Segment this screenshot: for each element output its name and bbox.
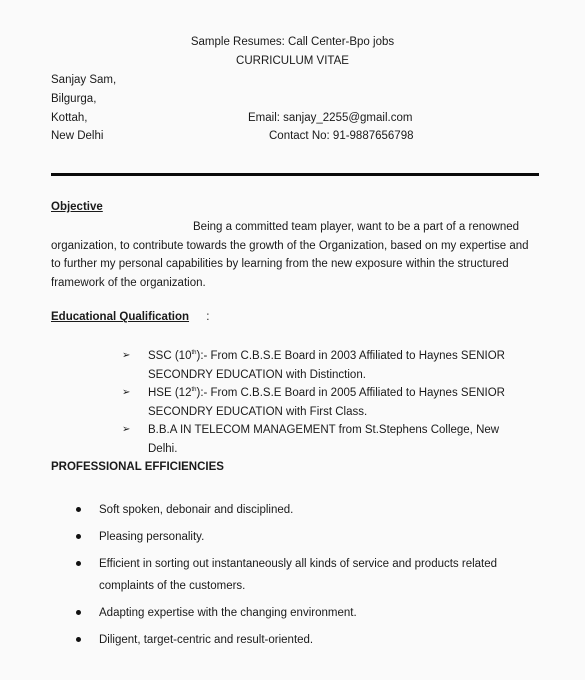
- address-line-2: Kottah,: [51, 112, 87, 124]
- education-item: ➢ HSE (12th):- From C.B.S.E Board in 200…: [122, 384, 522, 421]
- education-item: ➢ B.B.A IN TELECOM MANAGEMENT from St.St…: [122, 421, 522, 458]
- objective-text: Being a committed team player, want to b…: [51, 218, 541, 292]
- objective-text-rest: organization, to contribute towards the …: [51, 240, 529, 289]
- round-bullet-icon: [76, 561, 81, 566]
- header-divider: [51, 173, 539, 176]
- education-heading: Educational Qualification: [51, 311, 189, 323]
- efficiency-item: Soft spoken, debonair and disciplined.: [74, 499, 554, 521]
- contact-phone: Contact No: 91-9887656798: [269, 130, 414, 142]
- round-bullet-icon: [76, 637, 81, 642]
- round-bullet-icon: [76, 507, 81, 512]
- round-bullet-icon: [76, 610, 81, 615]
- document-title: Sample Resumes: Call Center-Bpo jobs: [0, 36, 585, 48]
- objective-text-first: Being a committed team player, want to b…: [193, 221, 519, 233]
- efficiency-item: Efficient in sorting out instantaneously…: [74, 553, 554, 597]
- efficiency-item: Adapting expertise with the changing env…: [74, 602, 554, 624]
- document-subtitle: CURRICULUM VITAE: [0, 55, 585, 67]
- address-line-3: New Delhi: [51, 130, 103, 142]
- efficiency-item: Diligent, target-centric and result-orie…: [74, 629, 554, 651]
- arrowhead-bullet-icon: ➢: [122, 384, 130, 403]
- address-line-1: Bilgurga,: [51, 93, 96, 105]
- education-colon: :: [206, 311, 209, 323]
- round-bullet-icon: [76, 534, 81, 539]
- education-item: ➢ SSC (10th):- From C.B.S.E Board in 200…: [122, 347, 522, 384]
- efficiencies-heading: PROFESSIONAL EFFICIENCIES: [51, 461, 224, 473]
- education-list: ➢ SSC (10th):- From C.B.S.E Board in 200…: [122, 347, 522, 458]
- education-heading-row: Educational Qualification :: [51, 311, 209, 323]
- efficiency-item: Pleasing personality.: [74, 526, 554, 548]
- objective-heading: Objective: [51, 201, 103, 213]
- contact-email: Email: sanjay_2255@gmail.com: [248, 112, 412, 124]
- efficiencies-list: Soft spoken, debonair and disciplined. P…: [74, 499, 554, 656]
- contact-name: Sanjay Sam,: [51, 74, 116, 86]
- arrowhead-bullet-icon: ➢: [122, 347, 130, 366]
- arrowhead-bullet-icon: ➢: [122, 421, 130, 440]
